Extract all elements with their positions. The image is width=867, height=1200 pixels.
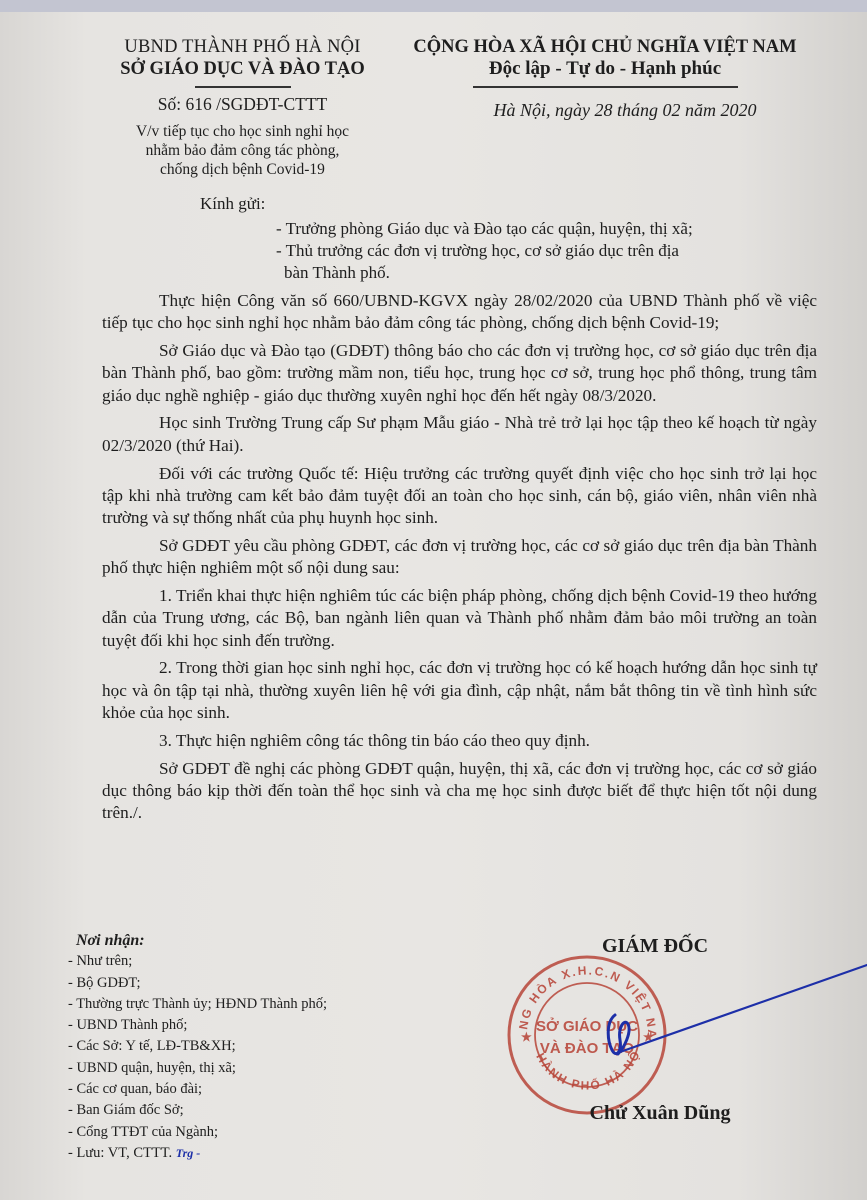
recipients-block: Nơi nhận: - Như trên; - Bộ GDĐT; - Thườn…: [68, 930, 448, 1164]
body-paragraph: 1. Triển khai thực hiện nghiêm túc các b…: [102, 585, 817, 652]
addressee-line: - Thủ trưởng các đơn vị trường học, cơ s…: [276, 240, 816, 262]
addressee-line: bàn Thành phố.: [276, 262, 816, 284]
svg-text:★: ★: [643, 1030, 654, 1044]
addressees-list: - Trưởng phòng Giáo dục và Đào tạo các q…: [276, 218, 816, 284]
addressee-line: - Trưởng phòng Giáo dục và Đào tạo các q…: [276, 218, 816, 240]
recipient-item: - UBND quận, huyện, thị xã;: [68, 1058, 448, 1079]
svg-text:★: ★: [521, 1030, 532, 1044]
divider-rule: [195, 86, 291, 88]
subject-line: nhằm bảo đảm công tác phòng,: [80, 141, 405, 160]
divider-rule: [473, 86, 738, 88]
body-paragraph: Sở GDĐT đề nghị các phòng GDĐT quận, huy…: [102, 758, 817, 825]
top-edge-bar: [0, 0, 867, 12]
body-paragraph: 3. Thực hiện nghiêm công tác thông tin b…: [102, 730, 817, 752]
document-subject: V/v tiếp tục cho học sinh nghỉ học nhằm …: [80, 122, 405, 179]
recipient-item: - Ban Giám đốc Sở;: [68, 1100, 448, 1121]
official-stamp-icon: CỘNG HÒA X.H.C.N VIỆT NAM THÀNH PHỐ HÀ N…: [505, 953, 670, 1118]
svg-text:VÀ ĐÀO TẠO: VÀ ĐÀO TẠO: [540, 1040, 635, 1057]
document-number: Số: 616 /SGDĐT-CTTT: [80, 94, 405, 115]
place-and-date: Hà Nội, ngày 28 tháng 02 năm 2020: [430, 100, 820, 121]
recipients-title: Nơi nhận:: [76, 930, 448, 951]
authority-name: UBND THÀNH PHỐ HÀ NỘI: [80, 36, 405, 58]
national-header-block: CỘNG HÒA XÃ HỘI CHỦ NGHĨA VIỆT NAM Độc l…: [395, 36, 815, 88]
national-motto: Độc lập - Tự do - Hạnh phúc: [395, 58, 815, 80]
body-paragraph: Thực hiện Công văn số 660/UBND-KGVX ngày…: [102, 290, 817, 335]
national-title: CỘNG HÒA XÃ HỘI CHỦ NGHĨA VIỆT NAM: [395, 36, 815, 58]
addressees-label: Kính gửi:: [200, 194, 265, 214]
issuing-authority-block: UBND THÀNH PHỐ HÀ NỘI SỞ GIÁO DỤC VÀ ĐÀO…: [80, 36, 405, 88]
handwritten-initials: Trg -: [176, 1146, 201, 1160]
body-paragraph: Đối với các trường Quốc tế: Hiệu trưởng …: [102, 463, 817, 530]
subject-line: chống dịch bệnh Covid-19: [80, 160, 405, 179]
body-paragraph: Học sinh Trường Trung cấp Sư phạm Mẫu gi…: [102, 412, 817, 457]
recipient-item: - Thường trực Thành ủy; HĐND Thành phố;: [68, 994, 448, 1015]
recipient-item: - Bộ GDĐT;: [68, 973, 448, 994]
body-paragraph: Sở GDĐT yêu cầu phòng GDĐT, các đơn vị t…: [102, 535, 817, 580]
recipient-item: - Như trên;: [68, 951, 448, 972]
recipient-item: - Các Sở: Y tế, LĐ-TB&XH;: [68, 1036, 448, 1057]
svg-text:SỞ GIÁO DỤC: SỞ GIÁO DỤC: [536, 1017, 638, 1035]
recipient-item: - Lưu: VT, CTTT. Trg -: [68, 1143, 448, 1164]
body-paragraph: 2. Trong thời gian học sinh nghỉ học, cá…: [102, 657, 817, 724]
body-paragraph: Sở Giáo dục và Đào tạo (GDĐT) thông báo …: [102, 340, 817, 407]
department-name: SỞ GIÁO DỤC VÀ ĐÀO TẠO: [80, 58, 405, 80]
recipient-item: - Các cơ quan, báo đài;: [68, 1079, 448, 1100]
document-body: Thực hiện Công văn số 660/UBND-KGVX ngày…: [102, 290, 817, 830]
subject-line: V/v tiếp tục cho học sinh nghỉ học: [80, 122, 405, 141]
recipient-item-text: - Lưu: VT, CTTT.: [68, 1145, 172, 1161]
signer-name: Chử Xuân Dũng: [560, 1102, 760, 1125]
recipient-item: - UBND Thành phố;: [68, 1015, 448, 1036]
recipient-item: - Cổng TTĐT của Ngành;: [68, 1122, 448, 1143]
